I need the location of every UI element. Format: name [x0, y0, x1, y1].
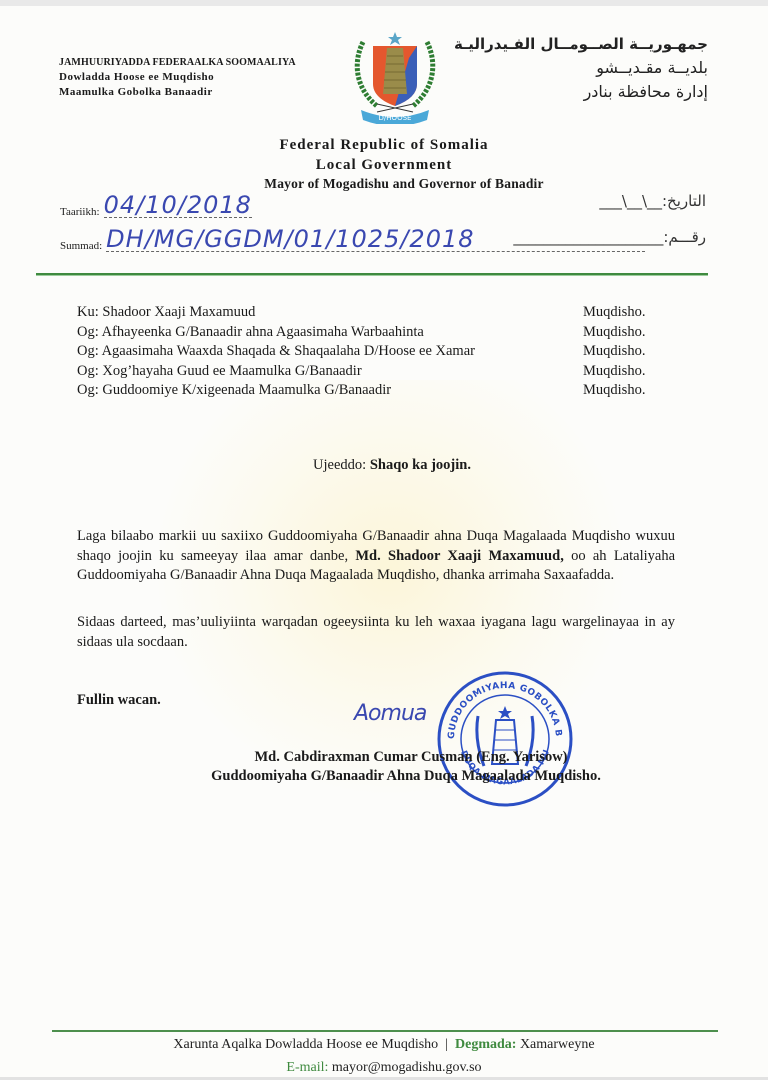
- header-arabic-line-1: جمهـوريــة الصــومــال الفـيدراليـة: [454, 32, 708, 56]
- footer-email-link[interactable]: mayor@mogadishu.gov.so: [328, 1060, 481, 1075]
- header-arabic-line-3: إدارة محافظة بنادر: [454, 80, 708, 104]
- recipient-name: Og: Agaasimaha Waaxda Shaqada & Shaqaala…: [77, 342, 475, 362]
- arabic-reference-field: رقـــم:____________________: [513, 228, 706, 246]
- closing-line: Fullin wacan.: [77, 692, 161, 709]
- recipient-row: Og: Guddoomiye K/xigeenada Maamulka G/Ba…: [77, 381, 657, 401]
- recipient-city: Muqdisho.: [583, 342, 657, 362]
- svg-text:GUDDOOMIYAHA GOBOLKA BANAADIR: GUDDOOMIYAHA GOBOLKA BANAADIR AHNA: [434, 668, 563, 739]
- top-edge: [0, 0, 768, 6]
- recipients-list: Ku: Shadoor Xaaji Maxamuud Muqdisho. Og:…: [77, 303, 657, 401]
- footer-email-label: E-mail:: [286, 1060, 328, 1075]
- footer-address-text: Xarunta Aqalka Dowladda Hoose ee Muqdish…: [173, 1037, 438, 1052]
- reference-label: Summad:: [60, 240, 102, 252]
- subject-label: Ujeeddo:: [313, 457, 370, 473]
- recipient-city: Muqdisho.: [583, 303, 657, 323]
- signature-icon: Aomua: [354, 701, 426, 726]
- recipient-row: Ku: Shadoor Xaaji Maxamuud Muqdisho.: [77, 303, 657, 323]
- arabic-date-field: التاريخ:__\__\___: [599, 192, 706, 210]
- recipient-city: Muqdisho.: [583, 323, 657, 343]
- header-divider: [36, 273, 708, 275]
- footer-email: E-mail: mayor@mogadishu.gov.so: [0, 1060, 768, 1076]
- signer-block: Md. Cabdiraxman Cumar Cusman (Eng. Yaris…: [196, 748, 616, 786]
- body-paragraph-2: Sidaas darteed, mas’uuliyiinta warqadan …: [77, 613, 675, 652]
- footer-district-label: Degmada:: [455, 1037, 516, 1052]
- header-somali: JAMHUURIYADDA FEDERAALKA SOOMAALIYA Dowl…: [59, 55, 296, 100]
- date-label: Taariikh:: [60, 206, 100, 218]
- header-arabic-line-2: بلديــة مقـديــشو: [454, 56, 708, 80]
- recipient-row: Og: Xog’hayaha Guud ee Maamulka G/Banaad…: [77, 362, 657, 382]
- signer-name: Md. Cabdiraxman Cumar Cusman (Eng. Yaris…: [196, 748, 616, 767]
- header-line-2: Dowladda Hoose ee Muqdisho: [59, 70, 296, 85]
- date-value: 04/10/2018: [104, 193, 252, 218]
- footer-district-value: Xamarweyne: [516, 1037, 594, 1052]
- title-line-1: Federal Republic of Somalia: [0, 135, 768, 155]
- title-line-2: Local Government: [0, 155, 768, 175]
- recipient-name: Og: Afhayeenka G/Banaadir ahna Agaasimah…: [77, 323, 424, 343]
- recipient-row: Og: Agaasimaha Waaxda Shaqada & Shaqaala…: [77, 342, 657, 362]
- recipient-city: Muqdisho.: [583, 362, 657, 382]
- recipient-name: Og: Guddoomiye K/xigeenada Maamulka G/Ba…: [77, 381, 391, 401]
- banadir-emblem-icon: D/HOOSE: [347, 28, 443, 124]
- subject-value: Shaqo ka joojin.: [370, 457, 471, 473]
- employee-name: Md. Shadoor Xaaji Maxamuud,: [355, 548, 563, 564]
- header-line-1: JAMHUURIYADDA FEDERAALKA SOOMAALIYA: [59, 55, 296, 70]
- footer-address: Xarunta Aqalka Dowladda Hoose ee Muqdish…: [0, 1037, 768, 1053]
- svg-text:D/HOOSE: D/HOOSE: [379, 114, 412, 122]
- footer-separator: |: [445, 1037, 448, 1052]
- body-paragraph-1: Laga bilaabo markii uu saxiixo Guddoomiy…: [77, 527, 675, 586]
- header-arabic: جمهـوريــة الصــومــال الفـيدراليـة بلدي…: [454, 32, 708, 104]
- recipient-name: Og: Xog’hayaha Guud ee Maamulka G/Banaad…: [77, 362, 362, 382]
- subject-line: Ujeeddo: Shaqo ka joojin.: [0, 457, 768, 474]
- official-stamp-icon: GUDDOOMIYAHA GOBOLKA BANAADIR AHNA DUQA …: [434, 668, 576, 810]
- recipient-name: Ku: Shadoor Xaaji Maxamuud: [77, 303, 255, 323]
- letterhead-titles: Federal Republic of Somalia Local Govern…: [0, 135, 768, 193]
- footer-divider: [52, 1030, 718, 1032]
- header-line-3: Maamulka Gobolka Banaadir: [59, 85, 296, 100]
- date-row: Taariikh: 04/10/2018: [60, 193, 252, 218]
- recipient-city: Muqdisho.: [583, 381, 657, 401]
- recipient-row: Og: Afhayeenka G/Banaadir ahna Agaasimah…: [77, 323, 657, 343]
- signer-title: Guddoomiyaha G/Banaadir Ahna Duqa Magaal…: [196, 767, 616, 786]
